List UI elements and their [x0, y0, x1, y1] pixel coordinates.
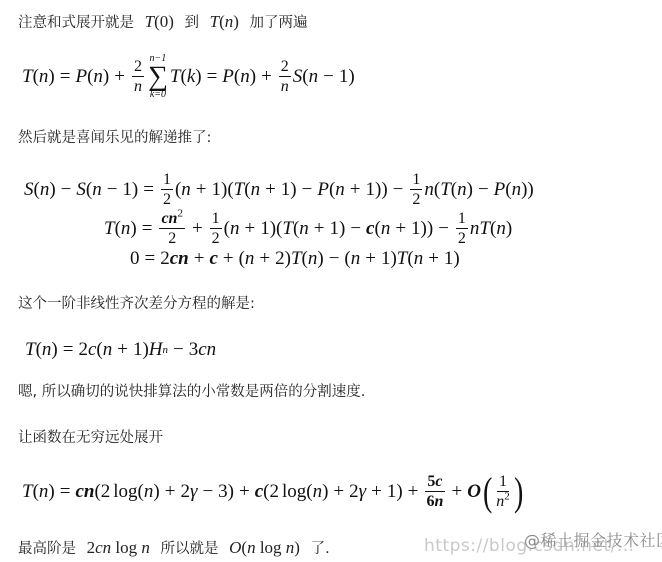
paragraph-3: 这个一阶非线性齐次差分方程的解是:: [18, 294, 255, 314]
p6-math-b: O(n log n): [229, 538, 300, 557]
p6-after: 了.: [311, 541, 330, 557]
paragraph-5: 让函数在无穷远处展开: [18, 428, 163, 448]
summation-icon: n−1∑k=0: [148, 54, 168, 100]
p1-after: 加了两遍: [250, 15, 308, 31]
equation-4: T(n)=cn(2log(n)+2γ−3)+c(2log(n)+2γ+1)+ 5…: [22, 470, 525, 514]
equation-2-row-3: 0=2cn+c+(n+2)T(n)−(n+1)T(n+1): [130, 247, 460, 271]
right-paren: ): [514, 472, 523, 512]
equation-2-row-2: T(n)= cn22+ 12(n+1)(T(n+1)−c(n+1))− 12nT…: [104, 212, 512, 246]
p1-mid: 到: [185, 15, 200, 31]
left-paren: (: [483, 472, 492, 512]
watermark-brand: @稀土掘金技术社区: [524, 528, 662, 551]
p1-math-tn: T(n): [210, 12, 239, 31]
equation-2-row-1: S(n)−S(n−1)= 12(n+1)(T(n+1)−P(n+1))− 12n…: [24, 174, 534, 206]
paragraph-6: 最高阶是 2cn log n 所以就是 O(n log n) 了.: [18, 538, 330, 559]
paragraph-4: 嗯, 所以确切的说快排算法的小常数是两倍的分割速度.: [18, 382, 365, 402]
paragraph-2: 然后就是喜闻乐见的解递推了:: [18, 128, 211, 148]
p1-math-t0: T(0): [145, 12, 174, 31]
fraction: 2n: [132, 59, 144, 95]
p6-mid: 所以就是: [161, 541, 219, 557]
equation-3: T(n)=2c(n+1)Hn−3cn: [25, 338, 216, 362]
equation-1: T(n)=P(n)+ 2n n−1∑k=0 T(k)=P(n)+ 2n S(n−…: [22, 52, 355, 102]
p6-before: 最高阶是: [18, 541, 76, 557]
p1-before: 注意和式展开就是: [18, 15, 134, 31]
paragraph-1: 注意和式展开就是 T(0) 到 T(n) 加了两遍: [18, 12, 308, 33]
fraction: 2n: [279, 59, 291, 95]
p6-math-a: 2cn log n: [87, 538, 150, 557]
